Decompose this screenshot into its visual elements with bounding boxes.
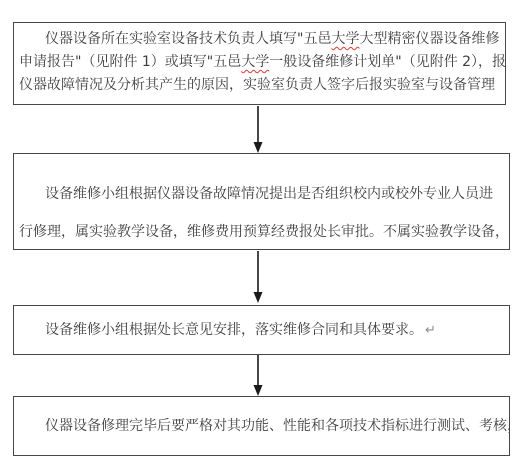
text-segment: 一般设备维修计划单"（见附件 2），报告 bbox=[269, 54, 506, 70]
flow-step-text-line: 仪器设备修理完毕后要严格对其功能、性能和各项技术指标进行测试、考核， bbox=[19, 397, 506, 455]
text-segment: 大型精密仪器设备维修 bbox=[359, 31, 499, 47]
flow-step-text-line: 设备维修小组根据处长意见安排，落实维修合同和具体要求。↵ bbox=[19, 306, 506, 355]
spellcheck-underline: 大学 bbox=[331, 31, 359, 47]
arrow-down-icon bbox=[250, 251, 266, 303]
text-segment: 仪器设备所在实验室设备技术负责人填写"五邑 bbox=[45, 31, 331, 47]
flow-step-text-line: 设备维修小组根据仪器设备故障情况提出是否组织校内或校外专业人员进 bbox=[19, 175, 506, 213]
flow-step-text-line: 申请报告"（见附件 1）或填写"五邑大学一般设备维修计划单"（见附件 2），报告 bbox=[19, 51, 502, 74]
arrow-down-icon bbox=[250, 355, 266, 396]
flow-step-test-assess: 仪器设备修理完毕后要严格对其功能、性能和各项技术指标进行测试、考核， bbox=[13, 396, 510, 456]
flow-step-implement-contract: 设备维修小组根据处长意见安排，落实维修合同和具体要求。↵ bbox=[13, 305, 510, 355]
flow-step-text-line: 仪器设备所在实验室设备技术负责人填写"五邑大学大型精密仪器设备维修 bbox=[19, 28, 502, 51]
flow-step-repair-team-proposal: 设备维修小组根据仪器设备故障情况提出是否组织校内或校外专业人员进 行修理，属实验… bbox=[13, 153, 510, 250]
arrow-down-icon bbox=[250, 106, 266, 153]
spellcheck-underline: 大学 bbox=[241, 54, 269, 70]
line-break-mark-icon: ↵ bbox=[423, 323, 436, 338]
flow-step-text-line: 仪器故障情况及分析其产生的原因，实验室负责人签字后报实验室与设备管理 bbox=[19, 74, 502, 97]
flow-step-fill-application: 仪器设备所在实验室设备技术负责人填写"五邑大学大型精密仪器设备维修 申请报告"（… bbox=[13, 22, 506, 105]
text-segment: 设备维修小组根据处长意见安排，落实维修合同和具体要求。 bbox=[45, 322, 423, 338]
flowchart-page: 仪器设备所在实验室设备技术负责人填写"五邑大学大型精密仪器设备维修 申请报告"（… bbox=[0, 0, 518, 468]
text-segment: 申请报告"（见附件 1）或填写"五邑 bbox=[19, 54, 241, 70]
flow-step-text-line: 行修理，属实验教学设备，维修费用预算经费报处长审批。不属实验教学设备， bbox=[19, 213, 506, 250]
